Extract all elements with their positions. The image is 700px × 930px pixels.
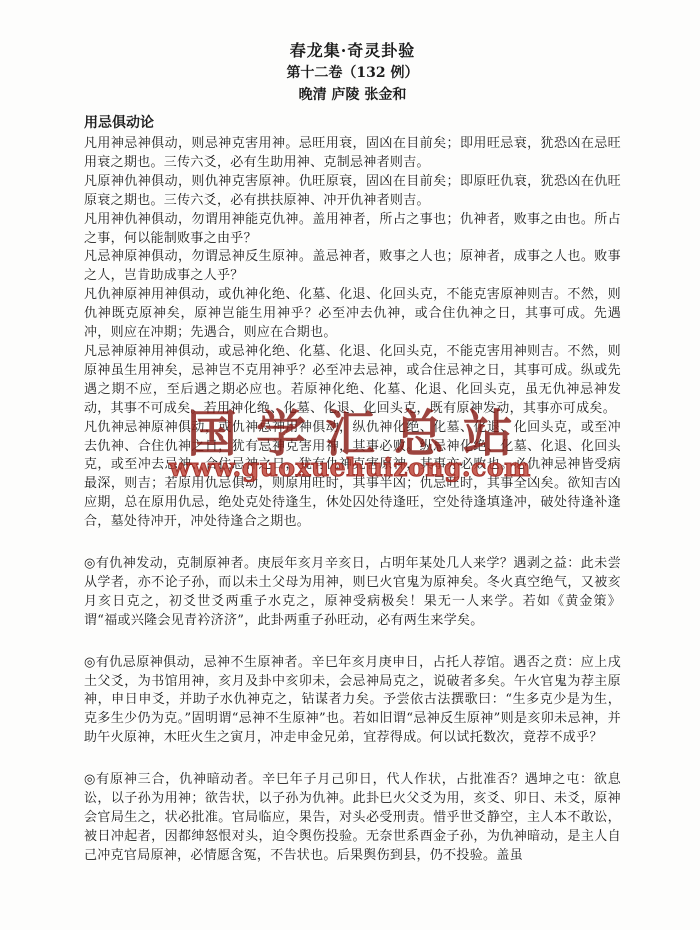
- author-line: 晚清 庐陵 张金和: [84, 84, 621, 106]
- paragraph: 凡忌神原神俱动，勿谓忌神反生原神。盖忌神者，败事之人也；原神者，成事之人也。败事…: [84, 248, 621, 286]
- document-page: 春龙集·奇灵卦验 第十二卷（132 例） 晚清 庐陵 张金和 用忌俱动论 凡用神…: [0, 0, 700, 930]
- page-title: 春龙集·奇灵卦验: [84, 40, 621, 62]
- paragraph: 凡忌神原神用神俱动，或忌神化绝、化墓、化退、化回头克，不能克害用神则吉。不然，则…: [84, 343, 621, 419]
- paragraph: 凡仇神原神用神俱动，或仇神化绝、化墓、化退、化回头克，不能克害原神则吉。不然，则…: [84, 286, 621, 343]
- example-paragraph: ◎有仇神发动，克制原神者。庚辰年亥月辛亥日，占明年某处几人来学？遇剥之益：此未尝…: [84, 555, 621, 631]
- paragraph: 凡原神仇神俱动，则仇神克害原神。仇旺原衰，固凶在目前矣；即原旺仇衰，犹恐凶在仇旺…: [84, 173, 621, 211]
- example-paragraph: ◎有原神三合，仇神暗动者。辛巳年子月己卯日，代人作状，占批准否？遇坤之屯：欲息讼…: [84, 771, 621, 866]
- paragraph: 凡用神仇神俱动，勿谓用神能克仇神。盖用神者，所占之事也；仇神者，败事之由也。所占…: [84, 211, 621, 249]
- document-content: 春龙集·奇灵卦验 第十二卷（132 例） 晚清 庐陵 张金和 用忌俱动论 凡用神…: [84, 40, 621, 866]
- example-paragraph: ◎有仇忌原神俱动，忌神不生原神者。辛巳年亥月庚申日，占托人荐馆。遇否之贲：应上戌…: [84, 654, 621, 749]
- paragraph: 凡仇神忌神原神俱动，或仇神忌神用神俱动，纵仇神化绝、化墓、化退、化回头克，或至冲…: [84, 419, 621, 532]
- section-heading: 用忌俱动论: [84, 114, 621, 133]
- volume-line: 第十二卷（132 例）: [84, 62, 621, 84]
- paragraph: 凡用神忌神俱动，则忌神克害用神。忌旺用衰，固凶在目前矣；即用旺忌衰，犹恐凶在忌旺…: [84, 135, 621, 173]
